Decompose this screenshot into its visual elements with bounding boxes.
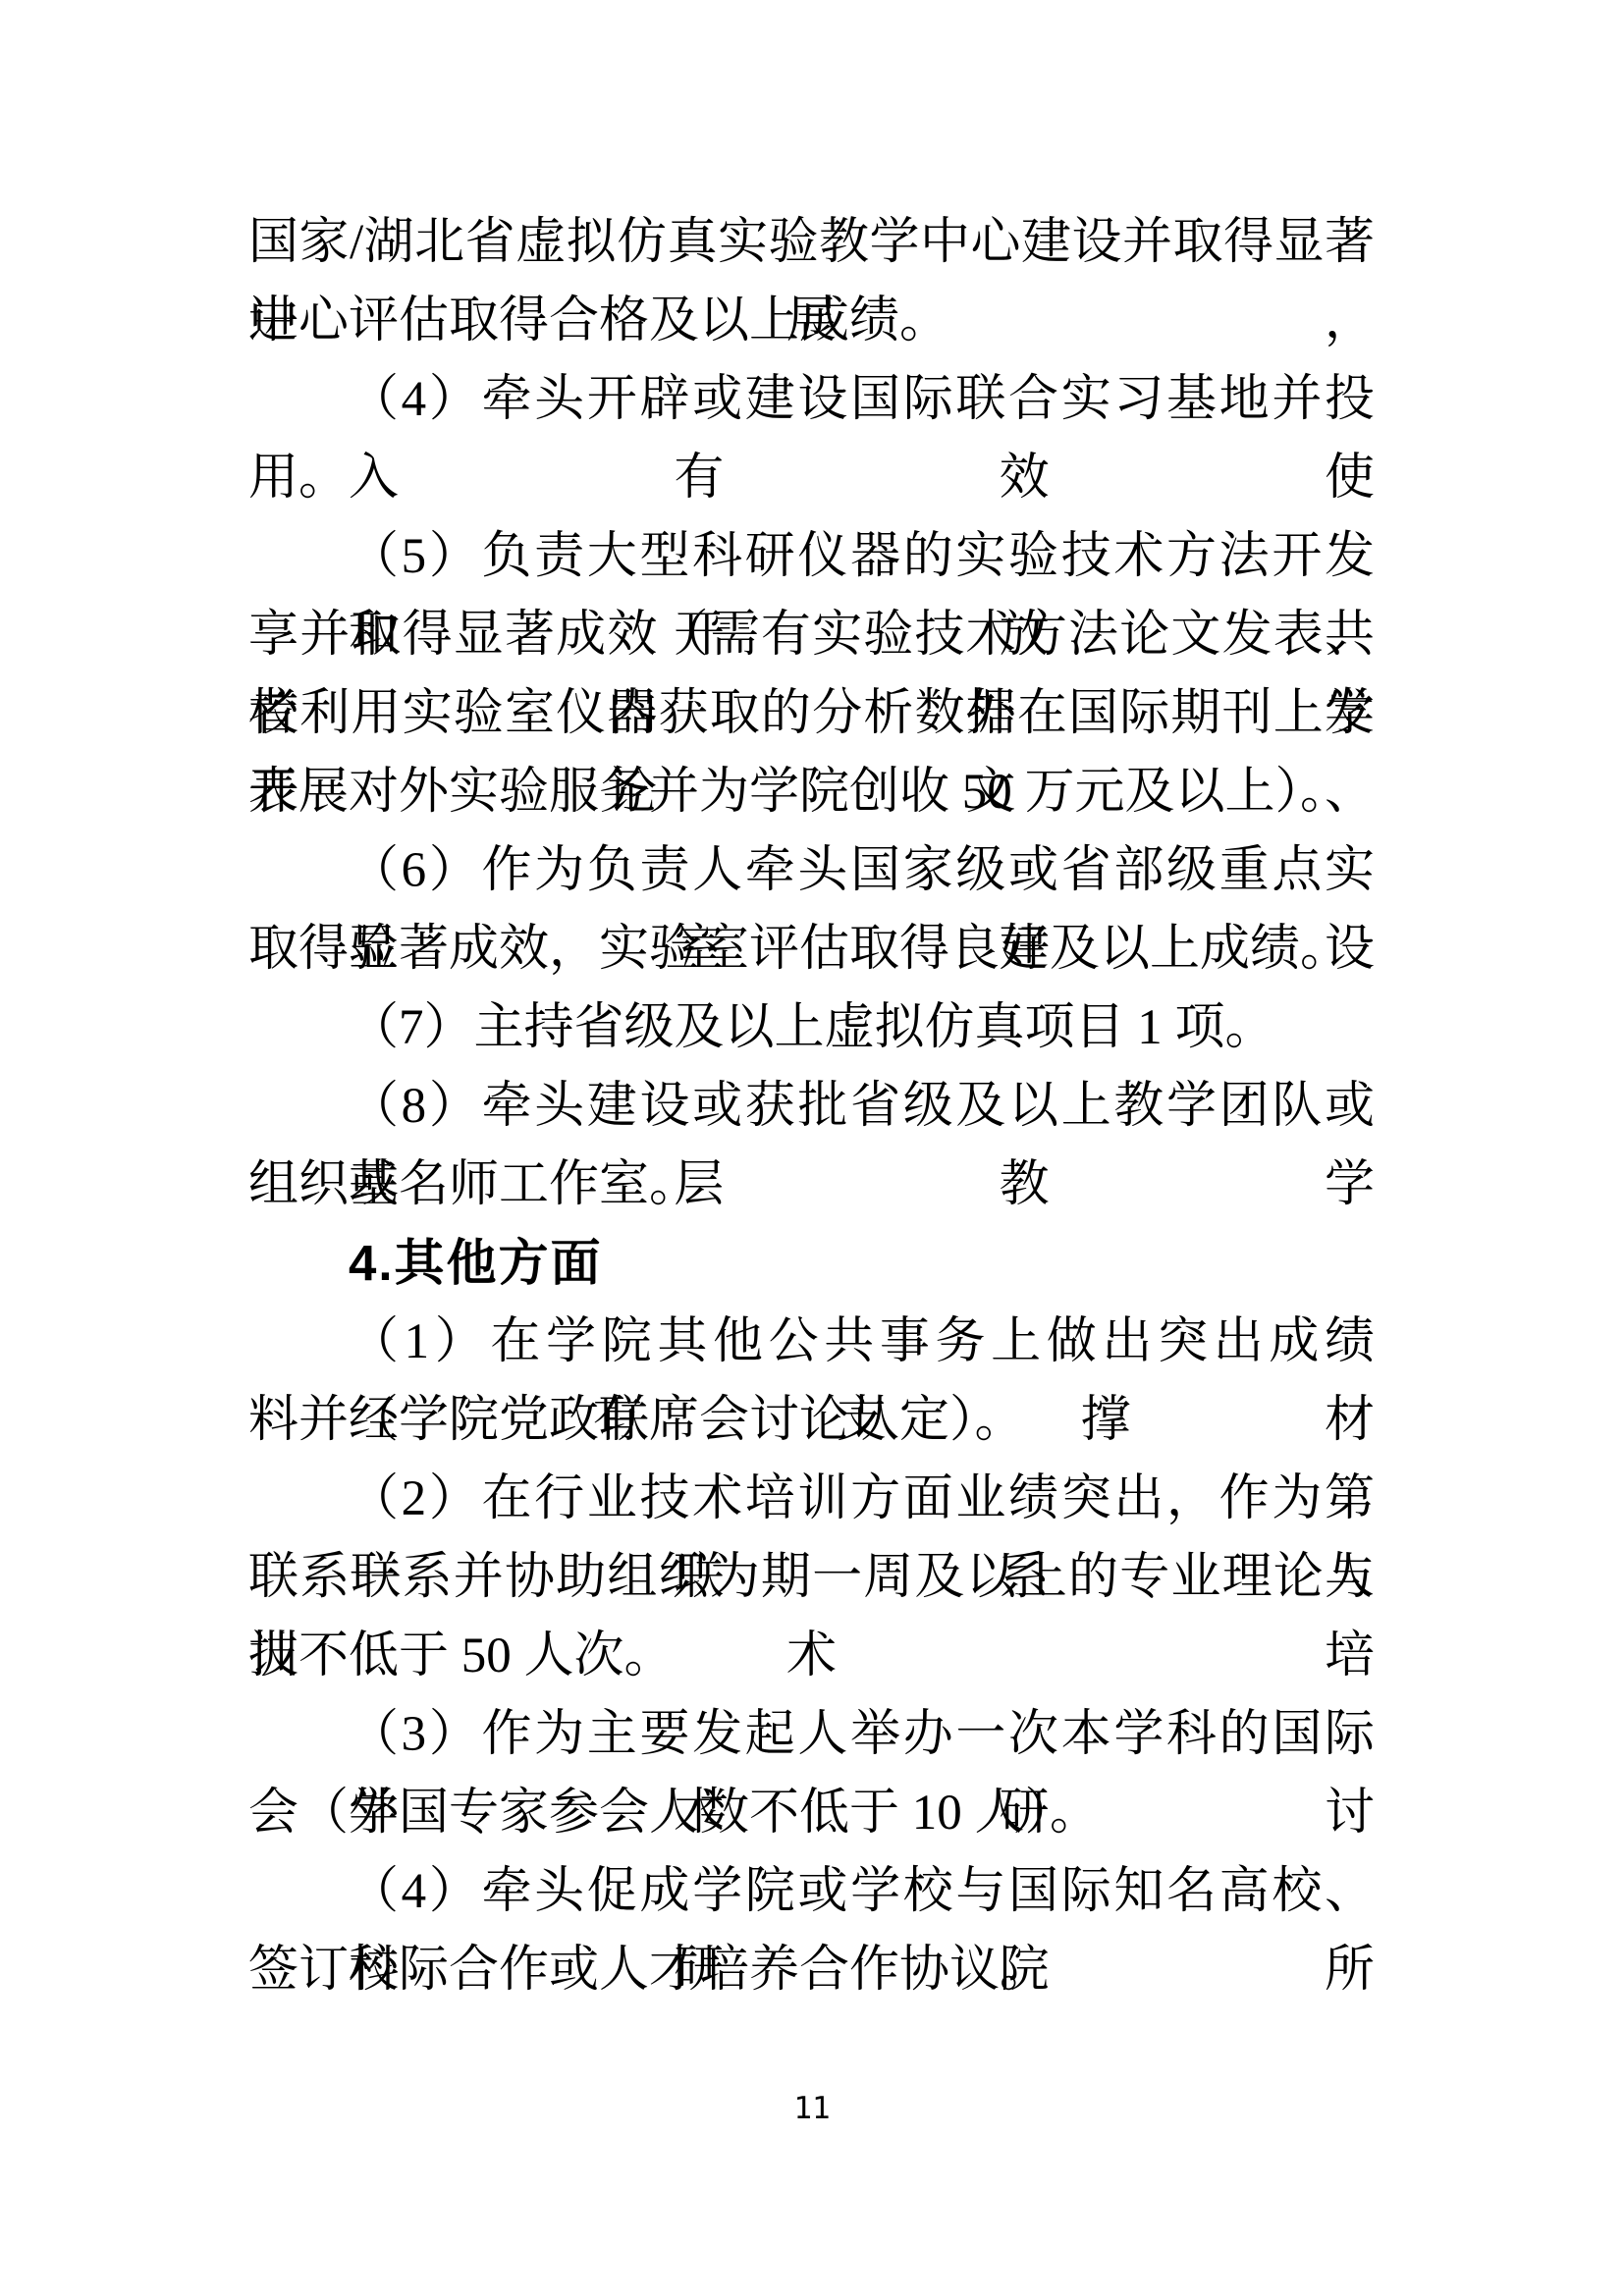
text-line: （6）作为负责人牵头国家级或省部级重点实验室建设 bbox=[349, 831, 1375, 910]
text-line: （1）在学院其他公共事务上做出突出成绩（有支撑材 bbox=[349, 1303, 1375, 1381]
page-number: 11 bbox=[0, 2089, 1624, 2128]
text-line: 国家/湖北省虚拟仿真实验教学中心建设并取得显著进展， bbox=[248, 203, 1375, 282]
text-line: （3）作为主要发起人举办一次本学科的国际学术研讨 bbox=[349, 1695, 1375, 1774]
text-line: （4）牵头促成学院或学校与国际知名高校、科研院所 bbox=[349, 1852, 1375, 1931]
section-heading: 4.其他方面 bbox=[349, 1224, 1375, 1303]
text-line: （5）负责大型科研仪器的实验技术方法开发和开放共 bbox=[349, 517, 1375, 596]
text-line: 联系联系并协助组织为期一周及以上的专业理论与技术培 bbox=[248, 1538, 1375, 1617]
text-line: 取得显著成效，实验室评估取得良好及以上成绩。 bbox=[248, 910, 1375, 988]
document-text: 国家/湖北省虚拟仿真实验教学中心建设并取得显著进展，中心评估取得合格及以上成绩。… bbox=[248, 203, 1375, 2009]
text-line: （8）牵头建设或获批省级及以上教学团队或基层教学 bbox=[349, 1067, 1375, 1146]
text-line: （2）在行业技术培训方面业绩突出，作为第一联系人 bbox=[349, 1460, 1375, 1538]
document-page: 国家/湖北省虚拟仿真实验教学中心建设并取得显著进展，中心评估取得合格及以上成绩。… bbox=[0, 0, 1624, 2296]
text-line: 者利用实验室仪器获取的分析数据在国际期刊上发表论文、 bbox=[248, 674, 1375, 753]
text-line: （7）主持省级及以上虚拟仿真项目 1 项。 bbox=[349, 988, 1375, 1067]
text-line: 开展对外实验服务并为学院创收 50 万元及以上）。 bbox=[248, 753, 1375, 831]
text-line: 享并取得显著成效（需有实验技术方法论文发表、校内外学 bbox=[248, 596, 1375, 674]
text-line: （4）牵头开辟或建设国际联合实习基地并投入有效使 bbox=[349, 360, 1375, 439]
